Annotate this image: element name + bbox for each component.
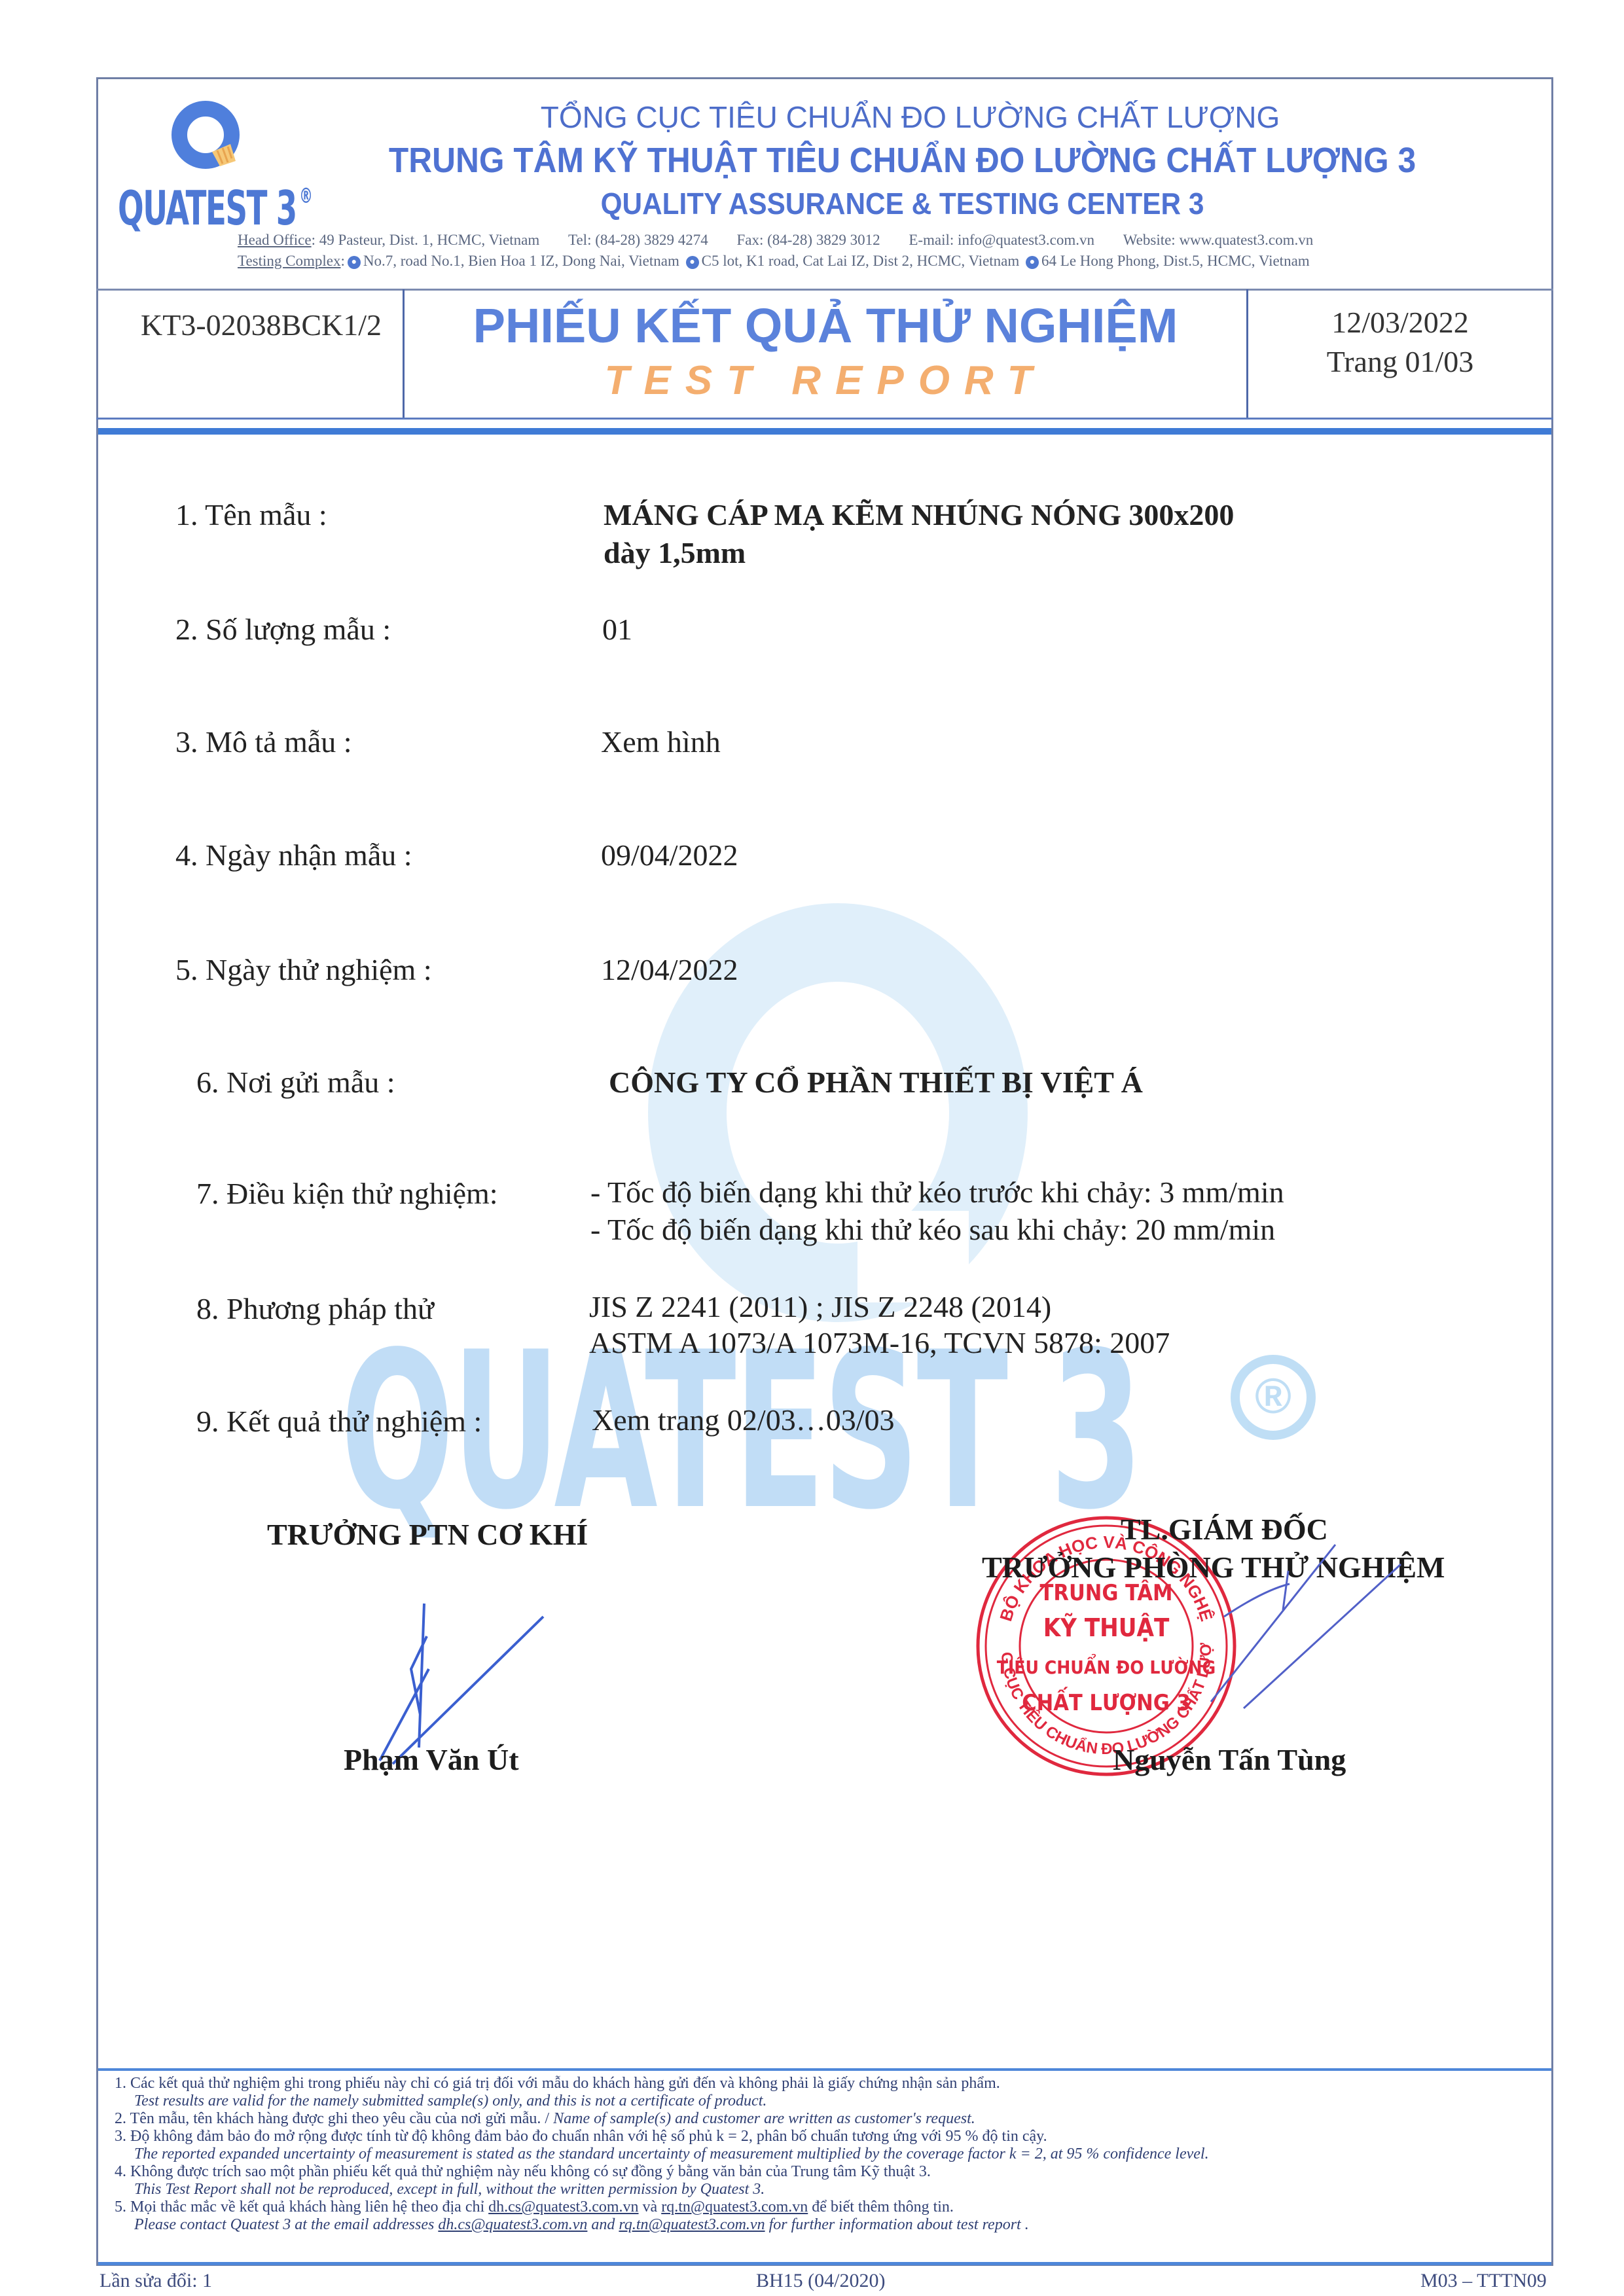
testing-complex-2: C5 lot, K1 road, Cat Lai IZ, Dist 2, HCM… (702, 253, 1020, 269)
field-value-quantity: 01 (602, 612, 632, 647)
field-label-received-date: 4. Ngày nhận mẫu : (175, 838, 412, 872)
signer-left-name: Phạm Văn Út (344, 1742, 519, 1777)
location-pin-icon: ● (686, 256, 699, 269)
field-value-test-results: Xem trang 02/03…03/03 (592, 1403, 895, 1437)
head-office-label: Head Office (238, 232, 312, 248)
note-1-en: Test results are valid for the namely su… (115, 2092, 1535, 2110)
signature-right-icon (1204, 1518, 1414, 1715)
email[interactable]: E-mail: info@quatest3.com.vn (909, 232, 1094, 248)
note-5-en: Please contact Quatest 3 at the email ad… (115, 2216, 1535, 2234)
agency-name: TỔNG CỤC TIÊU CHUẨN ĐO LƯỜNG CHẤT LƯỢNG (0, 99, 1624, 135)
note-4-vi: 4. Không được trích sao một phần phiếu k… (115, 2163, 1535, 2181)
location-pin-icon: ● (1026, 256, 1039, 269)
field-label-test-date: 5. Ngày thử nghiệm : (175, 952, 432, 987)
notes-top-line (98, 2068, 1551, 2071)
field-value-test-conditions-1: - Tốc độ biến dạng khi thử kéo trước khi… (590, 1175, 1284, 1210)
location-pin-icon: ● (348, 256, 361, 269)
header-divider (96, 289, 1553, 291)
tel: Tel: (84-28) 3829 4274 (568, 232, 708, 248)
note-5-en-and: and (587, 2216, 619, 2233)
field-value-test-conditions-2: - Tốc độ biến dạng khi thử kéo sau khi c… (590, 1212, 1275, 1247)
report-page: Trang 01/03 (1247, 342, 1553, 382)
note-1-vi: 1. Các kết quả thử nghiệm ghi trong phiế… (115, 2075, 1535, 2092)
field-value-received-date: 09/04/2022 (601, 838, 738, 872)
email-link-rq-tn[interactable]: rq.tn@quatest3.com.vn (661, 2198, 808, 2215)
head-office-line: Head Office: 49 Pasteur, Dist. 1, HCMC, … (238, 232, 1313, 249)
note-2: 2. Tên mẫu, tên khách hàng được ghi theo… (115, 2110, 1535, 2128)
email-link-rq-tn-en[interactable]: rq.tn@quatest3.com.vn (619, 2216, 765, 2233)
report-title-vn: PHIẾU KẾT QUẢ THỬ NGHIỆM (404, 298, 1247, 353)
note-2-en: Name of sample(s) and customer are writt… (553, 2110, 975, 2127)
email-link-dh-cs-en[interactable]: dh.cs@quatest3.com.vn (438, 2216, 587, 2233)
testing-complex-line: Testing Complex:●No.7, road No.1, Bien H… (238, 253, 1310, 270)
notes-block: 1. Các kết quả thử nghiệm ghi trong phiế… (115, 2075, 1535, 2234)
testing-complex-label: Testing Complex (238, 253, 340, 269)
svg-text:CHẤT LƯỢNG 3: CHẤT LƯỢNG 3 (1022, 1687, 1191, 1716)
note-3-vi: 3. Độ không đảm bảo đo mở rộng được tính… (115, 2128, 1535, 2145)
form-code: BH15 (04/2020) (756, 2270, 886, 2292)
field-value-sample-name-2: dày 1,5mm (604, 535, 746, 570)
testing-complex-1: No.7, road No.1, Bien Hoa 1 IZ, Dong Nai… (363, 253, 679, 269)
note-5-vi-text: 5. Mọi thắc mắc về kết quả khách hàng li… (115, 2198, 488, 2215)
field-value-sender: CÔNG TY CỔ PHẦN THIẾT BỊ VIỆT Á (609, 1065, 1143, 1100)
note-3-en: The reported expanded uncertainty of mea… (115, 2145, 1535, 2163)
revision-number: Lần sửa đổi: 1 (99, 2270, 212, 2292)
note-5-vi: 5. Mọi thắc mắc về kết quả khách hàng li… (115, 2198, 1535, 2216)
field-label-test-results: 9. Kết quả thử nghiệm : (196, 1404, 482, 1439)
email-link-dh-cs[interactable]: dh.cs@quatest3.com.vn (488, 2198, 638, 2215)
report-number: KT3-02038BCK1/2 (141, 308, 382, 342)
website[interactable]: Website: www.quatest3.com.vn (1123, 232, 1314, 248)
field-value-test-date: 12/04/2022 (601, 952, 738, 987)
field-value-test-method-2: ASTM A 1073/A 1073M-16, TCVN 5878: 2007 (589, 1325, 1170, 1360)
field-value-sample-name: MÁNG CÁP MẠ KẼM NHÚNG NÓNG 300x200 (604, 497, 1234, 532)
note-5-en-text: Please contact Quatest 3 at the email ad… (134, 2216, 438, 2233)
field-label-sample-name: 1. Tên mẫu : (175, 497, 327, 532)
svg-text:KỸ THUẬT: KỸ THUẬT (1043, 1613, 1170, 1642)
signer-right-name: Nguyễn Tấn Tùng (1113, 1742, 1346, 1777)
note-5-vi-and: và (639, 2198, 662, 2215)
signature-left-icon (367, 1597, 563, 1767)
document-code: M03 – TTTN09 (1420, 2270, 1547, 2292)
note-5-en-tail: for further information about test repor… (765, 2216, 1029, 2233)
report-date-page: 12/03/2022 Trang 01/03 (1247, 303, 1553, 382)
note-2-vi: 2. Tên mẫu, tên khách hàng được ghi theo… (115, 2110, 553, 2127)
center-name-vn: TRUNG TÂM KỸ THUẬT TIÊU CHUẨN ĐO LƯỜNG C… (65, 140, 1559, 181)
field-value-description: Xem hình (601, 725, 721, 759)
ref-row-bottom-line (96, 418, 1553, 420)
field-label-test-method: 8. Phương pháp thử (196, 1291, 434, 1326)
head-office-address: : 49 Pasteur, Dist. 1, HCMC, Vietnam (312, 232, 540, 248)
fax: Fax: (84-28) 3829 3012 (736, 232, 880, 248)
watermark-registered-icon: ® (1231, 1355, 1316, 1440)
testing-complex-3: 64 Le Hong Phong, Dist.5, HCMC, Vietnam (1041, 253, 1310, 269)
svg-text:TIÊU CHUẨN ĐO LƯỜNG: TIÊU CHUẨN ĐO LƯỜNG (997, 1653, 1216, 1678)
report-date: 12/03/2022 (1247, 303, 1553, 342)
signer-left-title: TRƯỞNG PTN CƠ KHÍ (267, 1517, 588, 1552)
notes-bottom-line (98, 2262, 1551, 2265)
note-5-vi-tail: để biết thêm thông tin. (808, 2198, 954, 2215)
ref-row-thick-line (98, 428, 1551, 435)
field-value-test-method-1: JIS Z 2241 (2011) ; JIS Z 2248 (2014) (589, 1289, 1051, 1324)
field-label-description: 3. Mô tả mẫu : (175, 725, 352, 759)
note-4-en: This Test Report shall not be reproduced… (115, 2181, 1535, 2198)
field-label-quantity: 2. Số lượng mẫu : (175, 612, 391, 647)
center-name-en: QUALITY ASSURANCE & TESTING CENTER 3 (65, 186, 1559, 221)
field-label-test-conditions: 7. Điều kiện thử nghiệm: (196, 1176, 498, 1211)
report-title-en: TEST REPORT (404, 357, 1247, 404)
field-label-sender: 6. Nơi gửi mẫu : (196, 1065, 395, 1100)
